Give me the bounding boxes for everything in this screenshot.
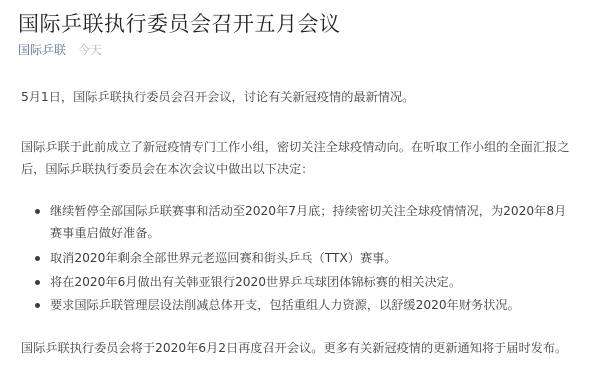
paragraph-intro: 5月1日，国际乒联执行委员会召开会议，讨论有关新冠疫情的最新情况。 xyxy=(21,85,414,109)
publish-time: 今天 xyxy=(78,43,102,57)
decision-item-4: 要求国际乒联管理层设法削减总体开支，包括重组人力资源，以舒缓2020年财务状况。 xyxy=(50,293,520,317)
decision-item-3: 将在2020年6月做出有关韩亚银行2020世界乒乓球团体锦标赛的相关决定。 xyxy=(50,270,461,294)
decision-item-2: 取消2020年剩余全部世界元老巡回赛和街头乒乓（TTX）赛事。 xyxy=(50,246,397,270)
bullet-icon xyxy=(35,256,40,261)
article-title: 国际乒联执行委员会召开五月会议 xyxy=(18,8,341,38)
article-meta: 国际乒联 今天 xyxy=(18,41,102,58)
bullet-icon xyxy=(35,209,40,214)
paragraph-closing: 国际乒联执行委员会将于2020年6月2日再度召开会议。更多有关新冠疫情的更新通知… xyxy=(21,336,567,360)
decision-item-1-cont: 赛事重启做好准备。 xyxy=(50,221,160,245)
decision-item-1: 继续暂停全部国际乒联赛事和活动至2020年7月底；持续密切关注全球疫情情况，为2… xyxy=(50,199,566,223)
author-link[interactable]: 国际乒联 xyxy=(18,43,66,57)
bullet-icon xyxy=(35,280,40,285)
paragraph-background-line2: 后，国际乒联执行委员会在本次会议中做出以下决定： xyxy=(21,157,314,181)
bullet-icon xyxy=(35,303,40,308)
paragraph-background-line1: 国际乒联于此前成立了新冠疫情专门工作小组，密切关注全球疫情动向。在听取工作小组的… xyxy=(21,135,569,159)
